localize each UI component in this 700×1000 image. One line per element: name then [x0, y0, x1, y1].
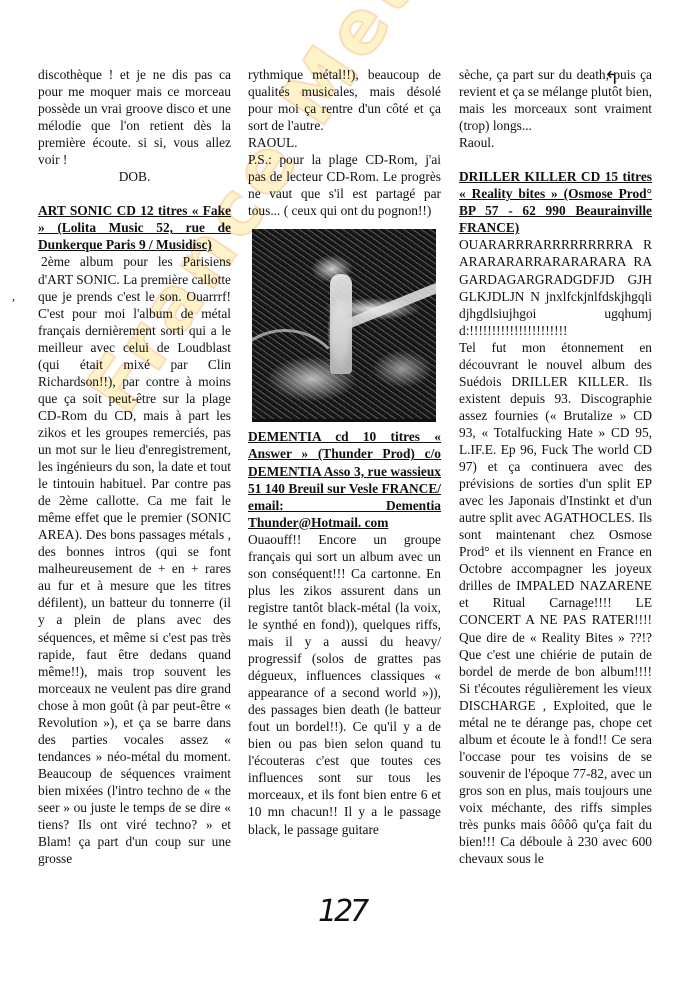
review-body-driller-killer: Tel fut mon étonnement en découvrant le …	[459, 339, 652, 867]
scream-text: OUARARRRARRRRRRRRRA RARARARARRARARARARA …	[459, 236, 652, 338]
cover-art-beam	[344, 279, 436, 329]
spacer	[459, 151, 652, 168]
review-body-dementia: Ouaouff!! Encore un groupe français qui …	[248, 531, 441, 838]
magazine-page: France Metal , ↰ discothèque ! et je ne …	[0, 0, 700, 1000]
review-heading-driller-killer: DRILLER KILLER CD 15 titres « Reality bi…	[459, 168, 652, 236]
review-body-art-sonic: 2ème album pour les Parisiens d'ART SONI…	[38, 253, 231, 867]
column-3: sèche, ça part sur du death, puis ça rev…	[459, 66, 652, 867]
review-signature: Raoul.	[459, 134, 652, 151]
review-heading-art-sonic: ART SONIC CD 12 titres « Fake » (Lolita …	[38, 202, 231, 253]
column-2: rythmique métal!!), beaucoup de qualités…	[248, 66, 441, 838]
review-signature: RAOUL.	[248, 134, 441, 151]
intro-paragraph: discothèque ! et je ne dis pas ca pour m…	[38, 66, 231, 168]
stray-mark: ,	[12, 289, 15, 304]
review-heading-dementia: DEMENTIA cd 10 titres « Answer » (Thunde…	[248, 428, 441, 530]
column-1: discothèque ! et je ne dis pas ca pour m…	[38, 66, 231, 867]
review-continuation: rythmique métal!!), beaucoup de qualités…	[248, 66, 441, 134]
review-continuation: sèche, ça part sur du death, puis ça rev…	[459, 66, 652, 134]
page-number: 127	[318, 894, 366, 929]
album-cover-image	[252, 229, 436, 422]
spacer	[38, 185, 231, 202]
cover-art-figure	[330, 274, 352, 374]
intro-signature: DOB.	[38, 168, 231, 185]
postscript: P.S.: pour la plage CD-Rom, j'ai pas de …	[248, 151, 441, 219]
